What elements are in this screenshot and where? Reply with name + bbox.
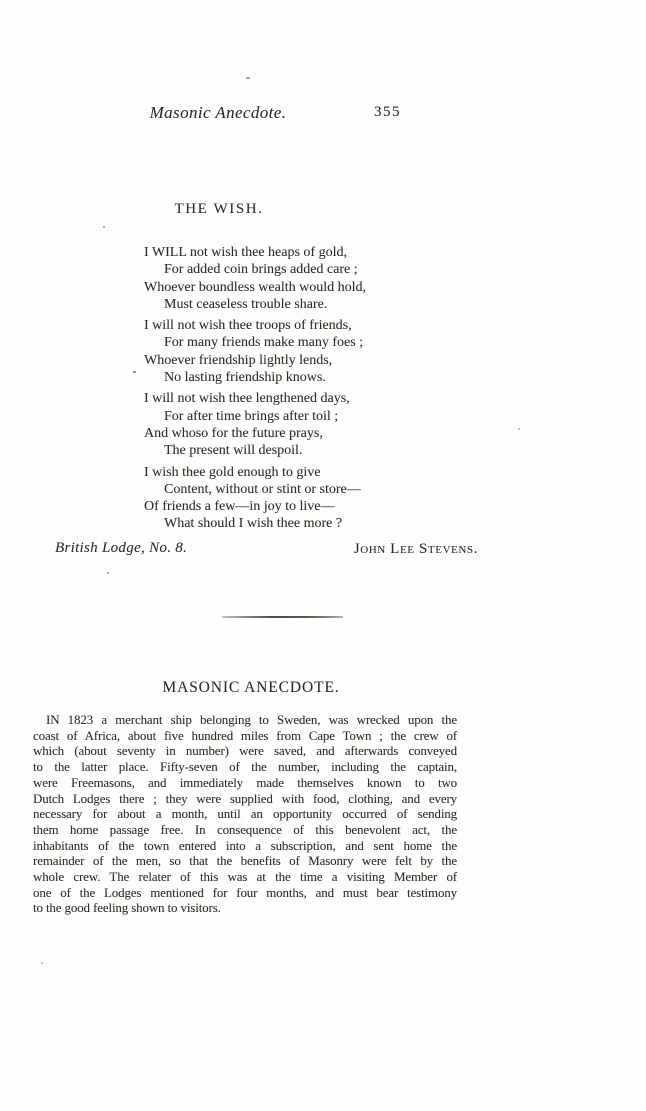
poem-line: I wish thee gold enough to give [144,464,474,481]
article-line: to the latter place. Fifty-seven of the … [33,760,457,776]
poem-line: And whoso for the future prays, [144,425,474,442]
poem-line: For added coin brings added care ; [144,261,474,278]
book-page: Masonic Anecdote. 355 THE WISH. I WILL n… [0,0,646,1111]
article-line: whole crew. The relater of this was at t… [33,870,457,886]
article-line: one of the Lodges mentioned for four mon… [33,886,457,902]
poem-stanza-2: I will not wish thee troops of friends, … [144,317,474,386]
article-title: MASONIC ANECDOTE. [0,679,502,697]
poem-line: I will not wish thee lengthened days, [144,390,474,407]
poem-title: THE WISH. [0,201,438,218]
poem-line: No lasting friendship knows. [144,369,474,386]
section-divider-rule [222,616,343,618]
article-body: IN 1823 a merchant ship belonging to Swe… [33,713,457,917]
poem-stanza-3: I will not wish thee lengthened days, Fo… [144,390,474,459]
article-line: them home passage free. In consequence o… [33,823,457,839]
poem-stanza-4: I wish thee gold enough to give Content,… [144,464,474,533]
poem-line: The present will despoil. [144,442,474,459]
article-line: coast of Africa, about five hundred mile… [33,729,457,745]
poem-line: Must ceaseless trouble share. [144,296,474,313]
print-speck [133,371,136,373]
poem-line: Content, without or stint or store— [144,481,474,498]
poem-line: Of friends a few—in joy to live— [144,498,474,515]
poem-line: For after time brings after toil ; [144,408,474,425]
print-speck [107,572,109,574]
poem-signature-author: John Lee Stevens. [0,541,478,558]
poem-line: Whoever boundless wealth would hold, [144,279,474,296]
article-line: to the good feeling shown to visitors. [33,901,457,917]
article-line: IN 1823 a merchant ship belonging to Swe… [33,713,457,729]
article-line: were Freemasons, and immediately made th… [33,776,457,792]
poem-line: Whoever friendship lightly lends, [144,352,474,369]
print-speck [518,428,520,430]
poem-line: For many friends make many foes ; [144,334,474,351]
article-line: necessary for about a month, until an op… [33,807,457,823]
article-line: inhabitants of the town entered into a s… [33,839,457,855]
print-speck [246,77,250,79]
article-line: remainder of the men, so that the benefi… [33,854,457,870]
poem-line: What should I wish thee more ? [144,515,474,532]
article-line: which (about seventy in number) were sav… [33,744,457,760]
poem: I WILL not wish thee heaps of gold, For … [144,244,474,537]
poem-stanza-1: I WILL not wish thee heaps of gold, For … [144,244,474,313]
poem-line: I WILL not wish thee heaps of gold, [144,244,474,261]
running-header-title: Masonic Anecdote. [0,103,436,123]
poem-line: I will not wish thee troops of friends, [144,317,474,334]
print-speck [41,962,43,964]
print-speck [103,226,105,228]
article-line: Dutch Lodges there ; they were supplied … [33,792,457,808]
page-number: 355 [374,104,401,121]
